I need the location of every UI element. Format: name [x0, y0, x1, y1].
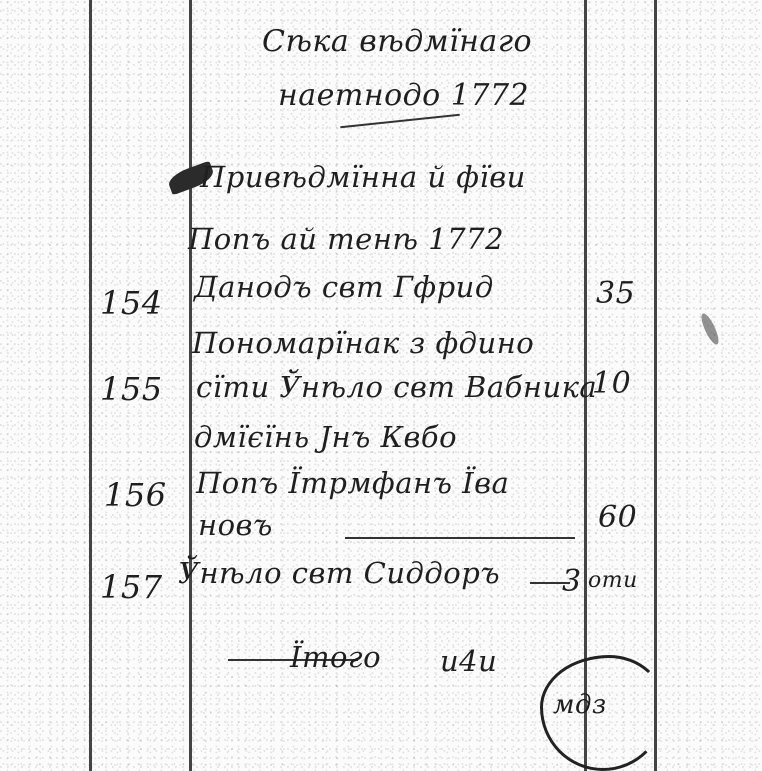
intro-line-1: Привѣдмїнна й фїви [200, 160, 526, 194]
intro-line-2: Попъ ай тенѣ 1772 [188, 222, 504, 256]
entry-amount-note: оти [588, 568, 638, 593]
total-label: Їтого [290, 640, 381, 674]
header-line-1: Сѣка вѣдмїнаго [262, 24, 532, 59]
header-flourish [340, 114, 460, 129]
entry-text: сїти Ўнѣло свт Вабника [196, 370, 597, 404]
entry-amount: 60 [598, 500, 637, 535]
entry-amount: 35 [596, 276, 635, 311]
ledger-page: Сѣка вѣдмїнаго наетнодо 1772 Привѣдмїнна… [0, 0, 762, 771]
number-column-rule [189, 0, 192, 771]
entry-number: 157 [100, 568, 163, 606]
entry-text: Пономарїнак з фдино [192, 326, 534, 360]
entry-text: дмїєїнь Jнъ Квбо [194, 420, 457, 454]
entry-number: 154 [100, 284, 163, 322]
filler-line [345, 537, 575, 539]
entry-amount: 10 [592, 366, 631, 401]
entry-text: Попъ Їтрмфанъ Їва [196, 466, 509, 500]
entry-number: 156 [104, 476, 167, 514]
entry-text: Ўнѣло свт Сиддоръ [178, 556, 500, 590]
ink-smudge [698, 311, 721, 346]
header-line-2: наетнодо 1772 [278, 78, 529, 113]
amount-column-right-rule [654, 0, 657, 771]
entry-text: Данодъ свт Гфрид [194, 270, 494, 304]
entry-amount: 3 [562, 564, 582, 599]
left-margin-rule [89, 0, 92, 771]
entry-text: новъ [198, 508, 273, 542]
entry-number: 155 [100, 370, 163, 408]
total-value: и4и [440, 644, 497, 678]
seal-mark: мдз [553, 690, 607, 720]
